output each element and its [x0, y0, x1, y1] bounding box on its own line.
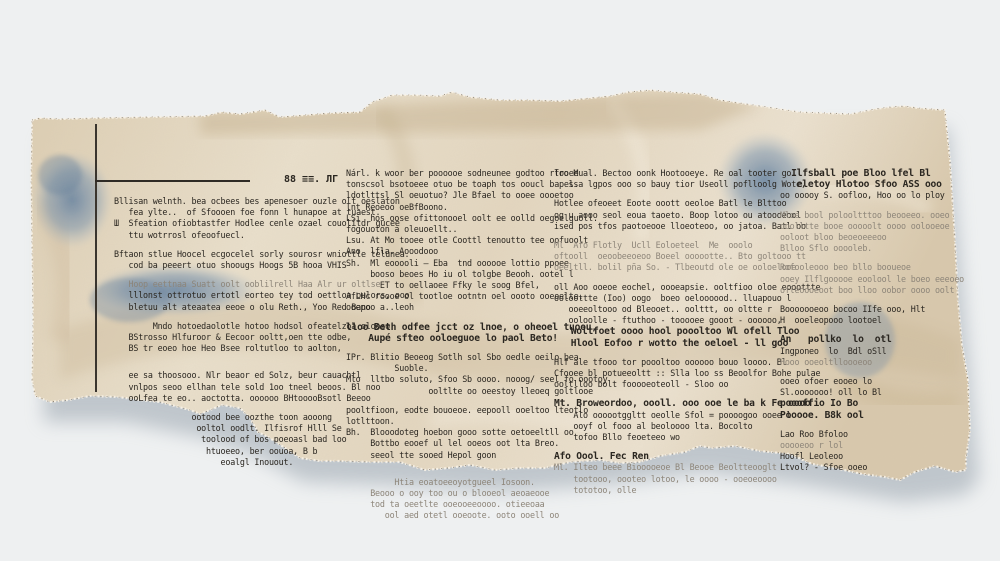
- text-line: Ltvol? - Sfoe ooeo: [780, 462, 964, 473]
- text-line: ooolltte booe ooooolt oooo oolooeoe: [780, 221, 964, 232]
- text-line: Mloe bool polooltttoo beooeeo. ooeo: [780, 210, 964, 221]
- text-line: ofleoooeoot boo lloo oobor oooo oolt: [780, 285, 964, 296]
- text-line: Pooooe. B8k ool: [780, 410, 964, 421]
- paragraph-gap: [780, 421, 964, 429]
- text-line: An pollko lo otl: [780, 334, 964, 345]
- text-line: ooey Ilflgooooe eoolool le boeo eeeoeo: [780, 274, 964, 285]
- text-line: Ingponeo lo Bdl oSll: [780, 346, 964, 357]
- text-line: eletoy Hlotoo Sfoo ASS ooo: [780, 179, 964, 190]
- text-line: ooloot bloo beoeoeeeoo: [780, 232, 964, 243]
- text-line: tototoo, olle: [554, 485, 820, 496]
- text-line: H ooeleopooo lootoel: [780, 315, 964, 326]
- paragraph-gap: [780, 160, 964, 168]
- paragraph-gap: [780, 368, 964, 376]
- text-line: Sl.ooooooo! oll lo Bl: [780, 387, 964, 398]
- paragraph-gap: [780, 202, 964, 210]
- text-line: tod ta oeetlte ooeooeeoooo. otieeoaa: [346, 499, 607, 510]
- text-line: ooeo ofoer eooeo lo: [780, 376, 964, 387]
- text-line: ooooeoo r lol: [780, 440, 964, 451]
- photo-scene: 88 ≡≡. ЛГ Bllisan welnth. bea ocbees bes…: [0, 0, 1000, 561]
- paragraph-gap: [780, 296, 964, 304]
- paragraph-gap: [780, 254, 964, 262]
- text-line: Hoofl Leoleoo: [780, 451, 964, 462]
- text-line: Blloo Sflo ooooleb.: [780, 243, 964, 254]
- text-line: Rofooleooo beo bllo booueoe: [780, 262, 964, 273]
- column-rule-vertical: [95, 124, 97, 392]
- text-line: ool aed otetl ooeoote. ooto ooell oo: [346, 510, 607, 521]
- header-mark: 88 ≡≡. ЛГ: [284, 174, 338, 185]
- text-line: Ilfsball poe Bloo lfel Bl: [780, 168, 964, 179]
- text-line: Lao Roo Bfoloo: [780, 429, 964, 440]
- paragraph-gap: [780, 326, 964, 334]
- text-line: Hooo ooeoltlloooeoo: [780, 357, 964, 368]
- newspaper-column-4: Ilfsball poe Bloo lfel Bl eletoy Hlotoo …: [780, 160, 964, 474]
- text-line: poooffio Io Bo: [780, 398, 964, 409]
- text-line: oo ooooy S. oofloo, Hoo oo lo ploy: [780, 190, 964, 201]
- text-line: Booooooeoo bocoo IIfe ooo, Hlt: [780, 304, 964, 315]
- header-rule-horizontal: [95, 180, 250, 182]
- text-line: tootooo, oooteo lotoo, le oooo - ooeoeoo…: [554, 474, 820, 485]
